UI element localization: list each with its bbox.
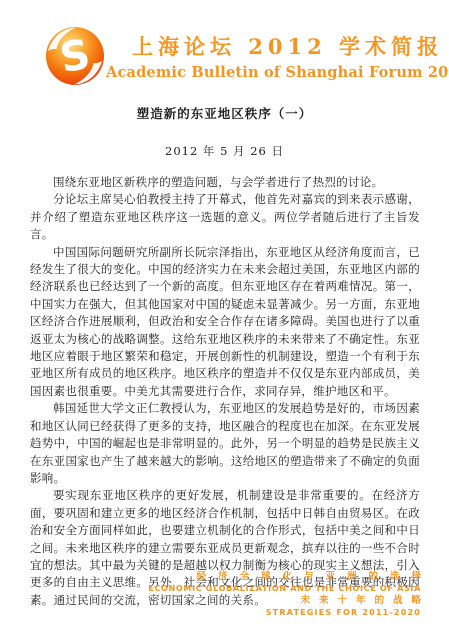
header-title-english: Academic Bulletin of Shanghai Forum 2012 bbox=[106, 64, 449, 81]
paragraph: 围绕东亚地区新秩序的塑造问题，与会学者进行了热烈的讨论。 bbox=[30, 174, 420, 191]
footer-slogan-english-2: STRATEGIES FOR 2011-2020 bbox=[148, 607, 421, 619]
footer-slogan-chinese-2: 未来十年的战略 bbox=[148, 595, 430, 607]
header-title-chinese: 上海论坛 2012 学术简报 bbox=[106, 31, 449, 61]
article-body: 围绕东亚地区新秩序的塑造问题，与会学者进行了热烈的讨论。 分论坛主席吴心伯教授主… bbox=[30, 174, 420, 609]
paragraph: 中国国际问题研究所副所长阮宗泽指出，东亚地区从经济角度而言，已经发生了很大的变化… bbox=[30, 244, 420, 401]
bulletin-page: S 上海论坛 2012 学术简报 Academic Bulletin of Sh… bbox=[0, 0, 449, 630]
header-titles: 上海论坛 2012 学术简报 Academic Bulletin of Shan… bbox=[106, 31, 449, 81]
bulletin-header: S 上海论坛 2012 学术简报 Academic Bulletin of Sh… bbox=[0, 0, 449, 87]
forum-slogan-footer: 经济全球化与亚洲的选择 ECONOMIC GLOBALIZATION AND T… bbox=[148, 571, 421, 619]
paragraph: 分论坛主席吴心伯教授主持了开幕式，他首先对嘉宾的到来表示感谢，并介绍了塑造东亚地… bbox=[30, 191, 420, 243]
paragraph: 韩国延世大学文正仁教授认为，东亚地区的发展趋势是好的，市场因素和地区认同已经获得… bbox=[30, 400, 420, 487]
article-date: 2012 年 5 月 26 日 bbox=[0, 143, 449, 159]
shanghai-forum-sphere-icon: S bbox=[44, 25, 106, 87]
footer-slogan-english-1: ECONOMIC GLOBALIZATION AND THE CHOICE OF… bbox=[148, 583, 421, 595]
article-title: 塑造新的东亚地区秩序（一） bbox=[0, 104, 449, 122]
shanghai-forum-logo: S bbox=[44, 25, 106, 87]
footer-slogan-chinese-1: 经济全球化与亚洲的选择 bbox=[148, 571, 433, 583]
